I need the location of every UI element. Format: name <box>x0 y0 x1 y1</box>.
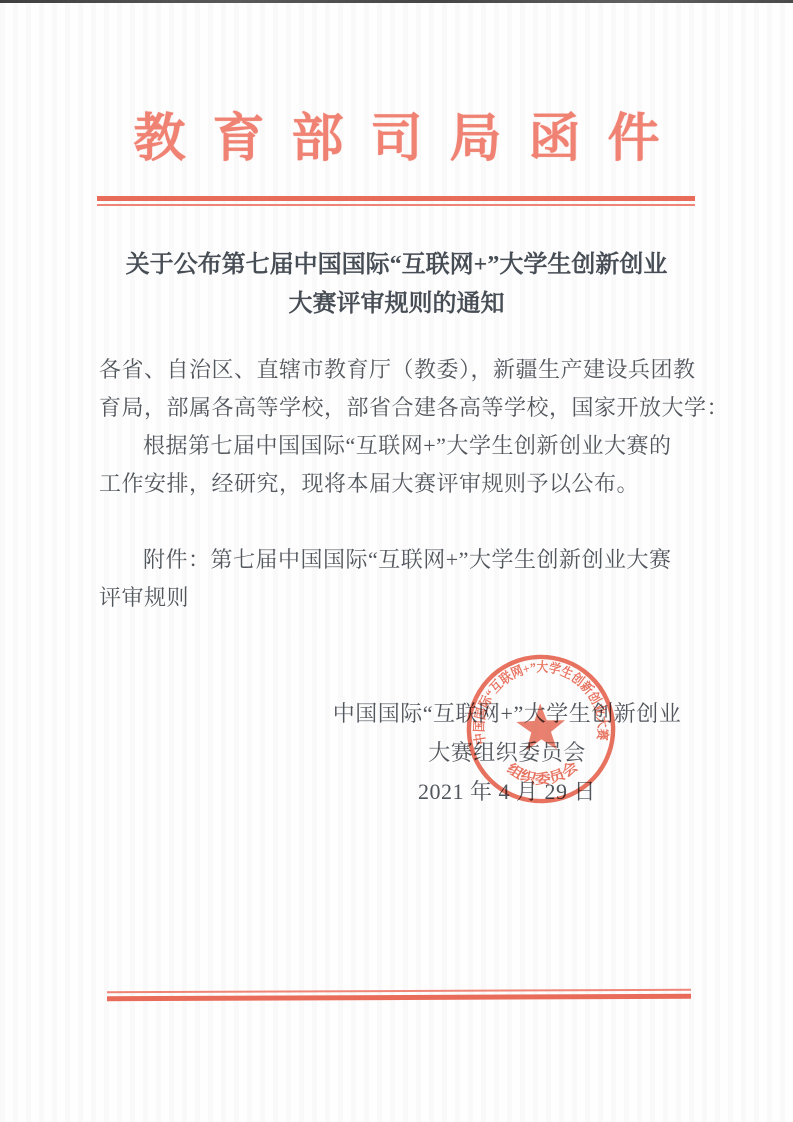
divider-thin-line <box>97 204 695 206</box>
star-icon <box>516 702 566 750</box>
official-red-seal: 中国国际“互联网+”大学生创新创业大赛 组织委员会 <box>459 647 622 810</box>
body-paragraph-line: 根据第七届中国国际“互联网+”大学生创新创业大赛的 <box>99 427 699 465</box>
document-title: 关于公布第七届中国国际“互联网+”大学生创新创业 大赛评审规则的通知 <box>0 246 793 324</box>
scanner-edge-artifact <box>0 0 793 3</box>
letterhead-divider-rule <box>97 196 695 206</box>
letterhead-title: 教育部司局函件 <box>0 108 793 172</box>
seal-bottom-text: 组织委员会 <box>504 757 581 788</box>
attachment-line: 评审规则 <box>99 579 699 617</box>
recipients-line: 育局，部属各高等学校，部省合建各高等学校，国家开放大学： <box>99 389 699 427</box>
document-title-line2: 大赛评审规则的通知 <box>0 285 793 324</box>
scanned-official-letter-page: 教育部司局函件 关于公布第七届中国国际“互联网+”大学生创新创业 大赛评审规则的… <box>0 0 793 1122</box>
body-paragraph-line: 工作安排，经研究，现将本届大赛评审规则予以公布。 <box>99 465 699 503</box>
attachment-line: 附件：第七届中国国际“互联网+”大学生创新创业大赛 <box>99 541 699 579</box>
letter-body: 各省、自治区、直辖市教育厅（教委），新疆生产建设兵团教 育局，部属各高等学校，部… <box>99 351 699 617</box>
document-title-line1: 关于公布第七届中国国际“互联网+”大学生创新创业 <box>0 246 793 285</box>
footer-rule <box>107 989 691 1002</box>
recipients-line: 各省、自治区、直辖市教育厅（教委），新疆生产建设兵团教 <box>99 351 699 389</box>
attachment-note: 附件：第七届中国国际“互联网+”大学生创新创业大赛 评审规则 <box>99 541 699 617</box>
